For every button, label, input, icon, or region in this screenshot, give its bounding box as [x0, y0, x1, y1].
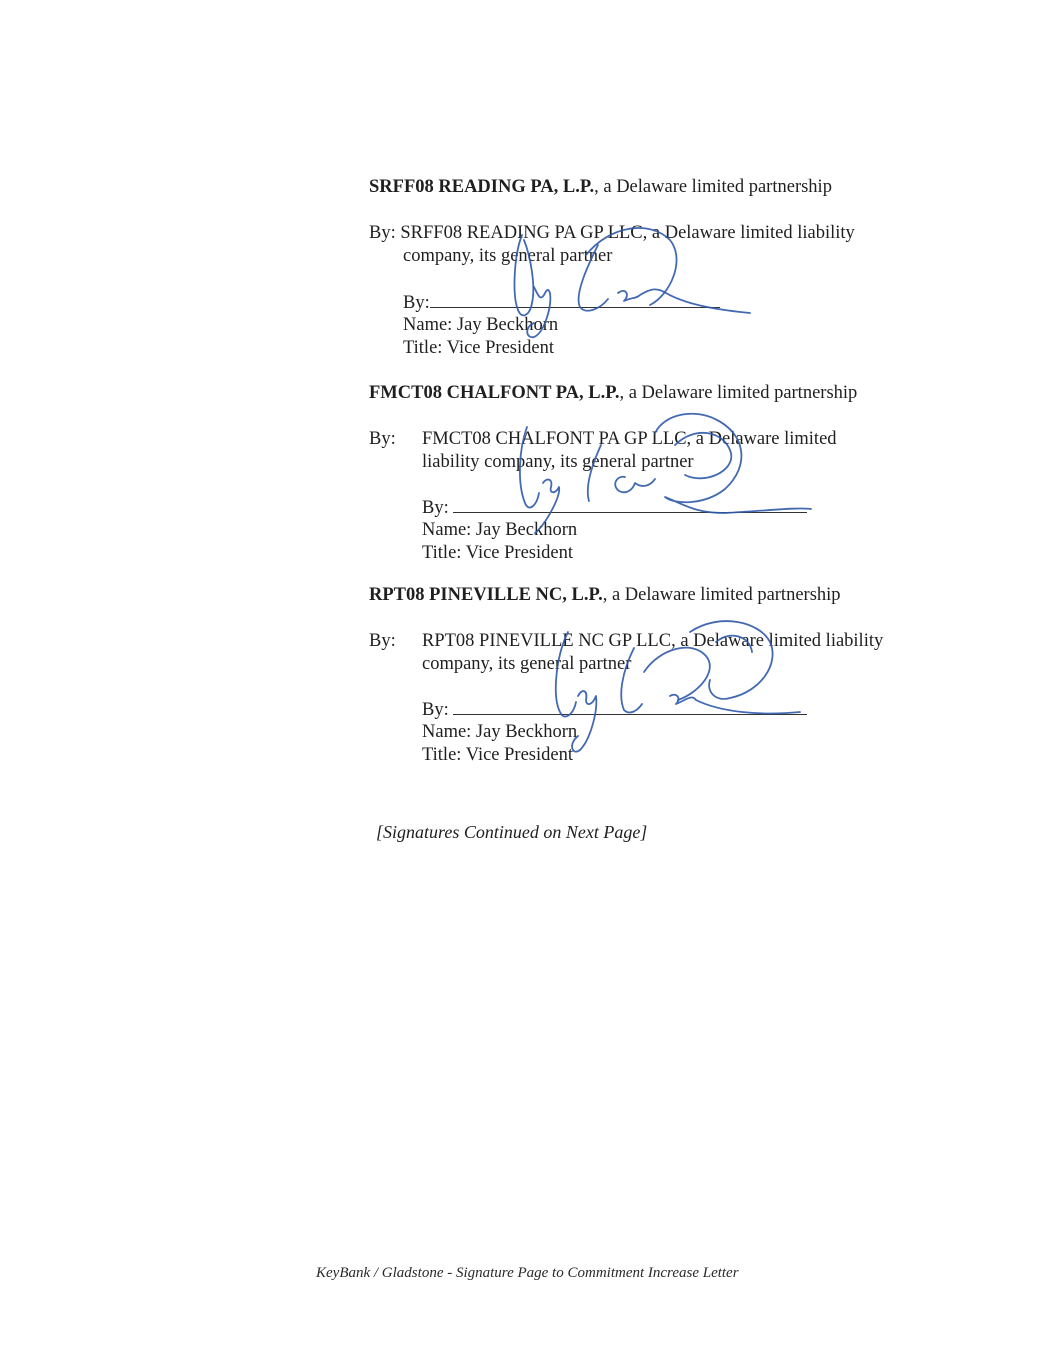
signatures-continued-note: [Signatures Continued on Next Page]	[376, 822, 647, 843]
entity-description: , a Delaware limited partnership	[619, 383, 857, 403]
entity-name: RPT08 PINEVILLE NC, L.P.	[369, 585, 603, 605]
signature-line	[453, 496, 807, 513]
by-label: By:	[369, 630, 396, 652]
gp-line-2: company, its general partner	[403, 245, 612, 267]
signature-line	[453, 698, 807, 715]
signer-by-line: By:	[422, 698, 807, 721]
entity-heading: FMCT08 CHALFONT PA, L.P., a Delaware lim…	[369, 382, 857, 404]
signer-by-label: By:	[422, 700, 449, 720]
by-label: By:	[369, 428, 396, 450]
signer-title: Title: Vice President	[422, 542, 573, 564]
by-label: By:	[369, 223, 396, 243]
signer-by-line: By:	[422, 496, 807, 519]
entity-description: , a Delaware limited partnership	[594, 177, 832, 197]
signer-by-line: By:	[403, 291, 720, 314]
page-footer: KeyBank / Gladstone - Signature Page to …	[316, 1265, 739, 1282]
signer-name: Name: Jay Beckhorn	[422, 519, 577, 541]
gp-line-1: RPT08 PINEVILLE NC GP LLC, a Delaware li…	[422, 630, 883, 652]
signature-line	[430, 291, 720, 308]
gp-line-2: company, its general partner	[422, 653, 631, 675]
gp-name: SRFF08 READING PA GP LLC, a Delaware lim…	[400, 223, 854, 243]
signer-name: Name: Jay Beckhorn	[422, 721, 577, 743]
signer-by-label: By:	[422, 498, 449, 518]
signer-title: Title: Vice President	[403, 337, 554, 359]
entity-name: FMCT08 CHALFONT PA, L.P.	[369, 383, 619, 403]
gp-line-1: FMCT08 CHALFONT PA GP LLC, a Delaware li…	[422, 428, 837, 450]
signer-title: Title: Vice President	[422, 744, 573, 766]
signer-by-label: By:	[403, 293, 430, 313]
entity-name: SRFF08 READING PA, L.P.	[369, 177, 594, 197]
entity-heading: SRFF08 READING PA, L.P., a Delaware limi…	[369, 176, 832, 198]
gp-line-2: liability company, its general partner	[422, 451, 694, 473]
entity-heading: RPT08 PINEVILLE NC, L.P., a Delaware lim…	[369, 584, 841, 606]
entity-description: , a Delaware limited partnership	[603, 585, 841, 605]
gp-line-1: By: SRFF08 READING PA GP LLC, a Delaware…	[369, 222, 855, 244]
signer-name: Name: Jay Beckhorn	[403, 314, 558, 336]
